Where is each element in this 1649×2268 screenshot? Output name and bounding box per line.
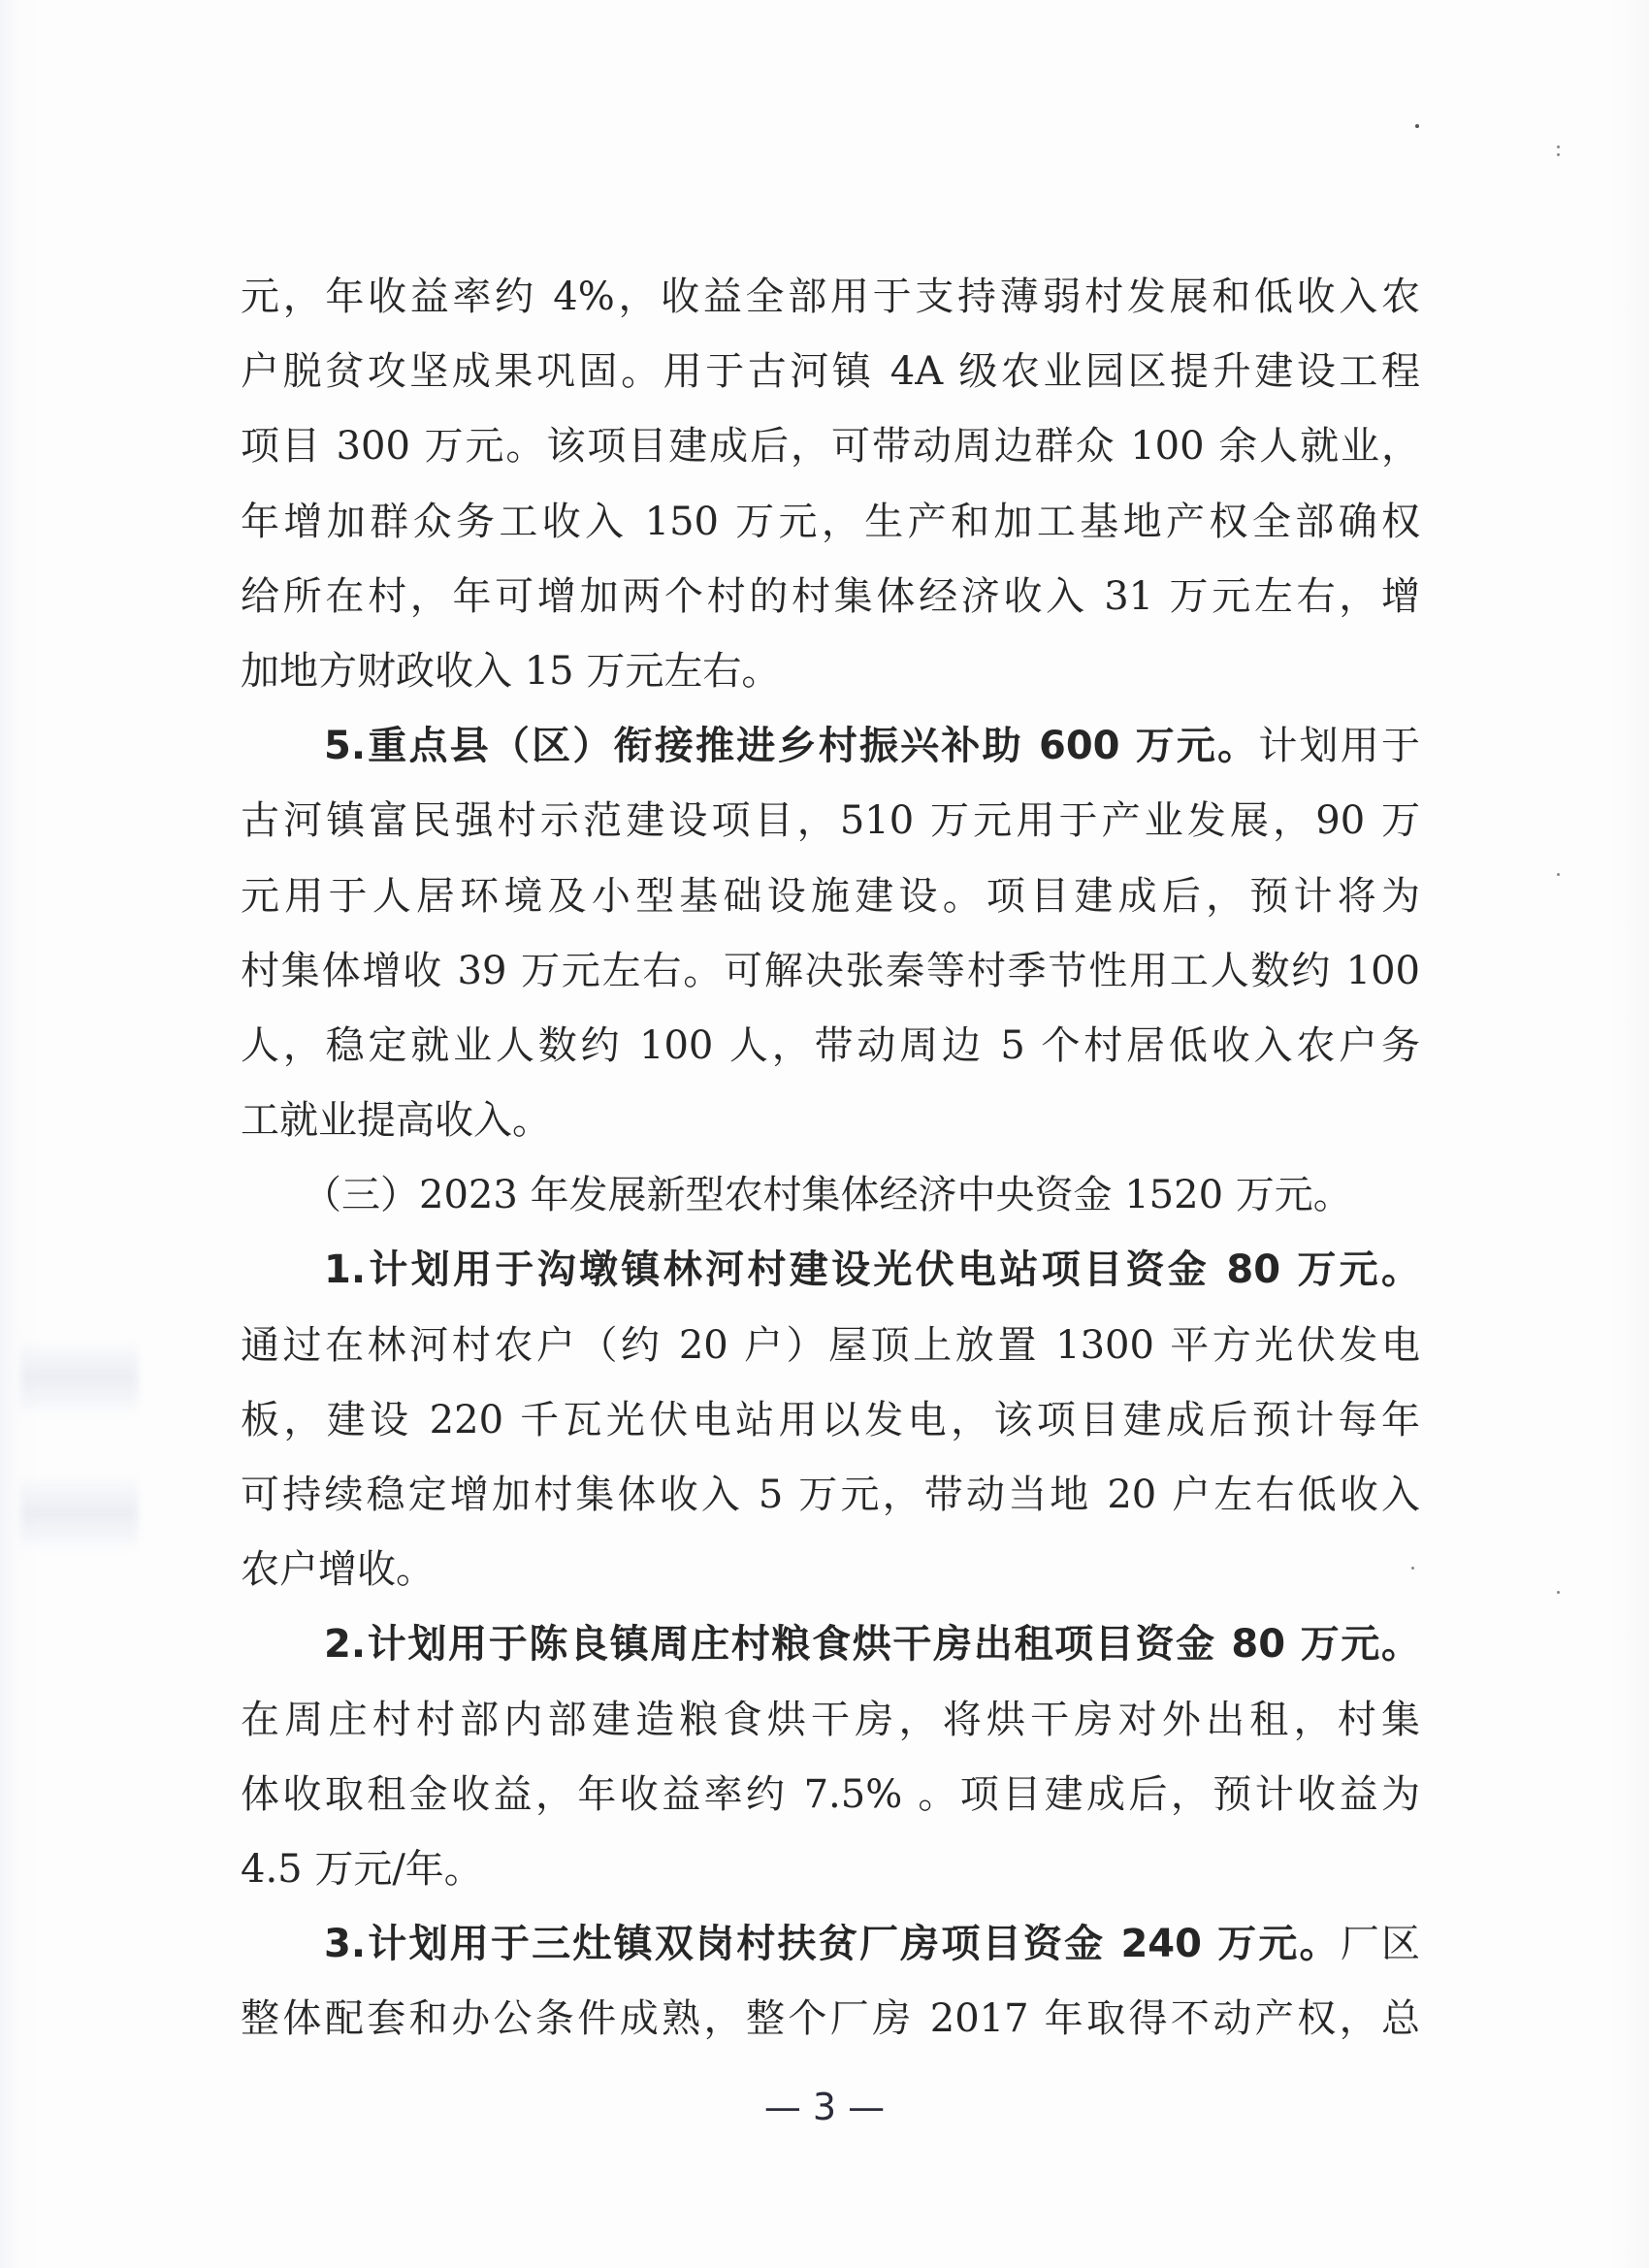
text-line: 户脱贫攻坚成果巩固。用于古河镇 4A 级农业园区提升建设工程 xyxy=(241,335,1420,409)
line-text: 厂区 xyxy=(1341,1922,1420,1966)
scan-shadow xyxy=(21,1339,138,1416)
line-text: 农户增收。 xyxy=(241,1547,435,1592)
line-text: 工就业提高收入。 xyxy=(241,1098,551,1143)
item-heading-5: 5.重点县（区）衔接推进乡村振兴补助 600 万元。计划用于 xyxy=(241,709,1420,784)
scan-speck xyxy=(1557,873,1560,876)
section-heading-text: （三）2023 年发展新型农村集体经济中央资金 1520 万元。 xyxy=(303,1173,1352,1217)
line-text: 计划用于 xyxy=(1258,724,1420,768)
line-text: 古河镇富民强村示范建设项目，510 万元用于产业发展，90 万 xyxy=(241,798,1420,843)
text-line: 元，年收益率约 4%，收益全部用于支持薄弱村发展和低收入农 xyxy=(241,260,1420,335)
line-text: 通过在林河村农户（约 20 户）屋顶上放置 1300 平方光伏发电 xyxy=(241,1323,1420,1368)
scan-speck xyxy=(1557,1591,1560,1594)
text-line: 4.5 万元/年。 xyxy=(241,1832,1420,1907)
line-text: 给所在村，年可增加两个村的村集体经济收入 31 万元左右，增 xyxy=(241,574,1420,619)
item-heading-bold: 5.重点县（区）衔接推进乡村振兴补助 600 万元。 xyxy=(324,724,1258,768)
text-line: 人，稳定就业人数约 100 人，带动周边 5 个村居低收入农户务 xyxy=(241,1009,1420,1084)
line-text: 4.5 万元/年。 xyxy=(241,1847,483,1892)
line-text: 年增加群众务工收入 150 万元，生产和加工基地产权全部确权 xyxy=(241,500,1420,544)
line-text: 村集体增收 39 万元左右。可解决张秦等村季节性用工人数约 100 xyxy=(241,949,1420,993)
line-text: 可持续稳定增加村集体收入 5 万元，带动当地 20 户左右低收入 xyxy=(241,1473,1420,1517)
item-heading-bold: 2.计划用于陈良镇周庄村粮食烘干房出租项目资金 80 万元。 xyxy=(324,1622,1420,1667)
text-line: 年增加群众务工收入 150 万元，生产和加工基地产权全部确权 xyxy=(241,485,1420,560)
text-line: 加地方财政收入 15 万元左右。 xyxy=(241,634,1420,709)
text-line: 在周庄村村部内部建造粮食烘干房，将烘干房对外出租，村集 xyxy=(241,1683,1420,1758)
page-number: — 3 — xyxy=(0,2086,1649,2128)
scanned-page: 元，年收益率约 4%，收益全部用于支持薄弱村发展和低收入农 户脱贫攻坚成果巩固。… xyxy=(0,0,1649,2268)
text-line: 体收取租金收益，年收益率约 7.5% 。项目建成后，预计收益为 xyxy=(241,1758,1420,1832)
line-text: 整体配套和办公条件成熟，整个厂房 2017 年取得不动产权，总 xyxy=(241,1996,1420,2041)
line-text: 项目 300 万元。该项目建成后，可带动周边群众 100 余人就业， xyxy=(241,424,1420,469)
line-text: 户脱贫攻坚成果巩固。用于古河镇 4A 级农业园区提升建设工程 xyxy=(241,349,1420,394)
item-heading-1: 1.计划用于沟墩镇林河村建设光伏电站项目资金 80 万元。 xyxy=(241,1233,1420,1308)
line-text: 元用于人居环境及小型基础设施建设。项目建成后，预计将为 xyxy=(241,874,1420,919)
item-heading-bold: 1.计划用于沟墩镇林河村建设光伏电站项目资金 80 万元。 xyxy=(324,1247,1420,1292)
text-line: 可持续稳定增加村集体收入 5 万元，带动当地 20 户左右低收入 xyxy=(241,1458,1420,1533)
scan-speck xyxy=(1557,153,1560,156)
scan-speck xyxy=(1557,146,1560,148)
line-text: 元，年收益率约 4%，收益全部用于支持薄弱村发展和低收入农 xyxy=(241,275,1420,319)
line-text: 板，建设 220 千瓦光伏电站用以发电，该项目建成后预计每年 xyxy=(241,1398,1420,1442)
text-line: 工就业提高收入。 xyxy=(241,1084,1420,1158)
item-heading-3: 3.计划用于三灶镇双岗村扶贫厂房项目资金 240 万元。厂区 xyxy=(241,1907,1420,1982)
scan-speck xyxy=(1415,124,1419,128)
text-line: 村集体增收 39 万元左右。可解决张秦等村季节性用工人数约 100 xyxy=(241,934,1420,1009)
line-text: 体收取租金收益，年收益率约 7.5% 。项目建成后，预计收益为 xyxy=(241,1772,1420,1817)
text-line: 给所在村，年可增加两个村的村集体经济收入 31 万元左右，增 xyxy=(241,560,1420,634)
text-line: 板，建设 220 千瓦光伏电站用以发电，该项目建成后预计每年 xyxy=(241,1383,1420,1458)
text-line: 整体配套和办公条件成熟，整个厂房 2017 年取得不动产权，总 xyxy=(241,1982,1420,2057)
text-line: 农户增收。 xyxy=(241,1533,1420,1607)
scan-shadow xyxy=(21,1474,138,1552)
item-heading-2: 2.计划用于陈良镇周庄村粮食烘干房出租项目资金 80 万元。 xyxy=(241,1607,1420,1682)
text-line: 古河镇富民强村示范建设项目，510 万元用于产业发展，90 万 xyxy=(241,784,1420,859)
text-line: 通过在林河村农户（约 20 户）屋顶上放置 1300 平方光伏发电 xyxy=(241,1309,1420,1383)
item-heading-bold: 3.计划用于三灶镇双岗村扶贫厂房项目资金 240 万元。 xyxy=(324,1922,1341,1966)
line-text: 人，稳定就业人数约 100 人，带动周边 5 个村居低收入农户务 xyxy=(241,1023,1420,1068)
line-text: 加地方财政收入 15 万元左右。 xyxy=(241,649,780,694)
line-text: 在周庄村村部内部建造粮食烘干房，将烘干房对外出租，村集 xyxy=(241,1698,1420,1742)
document-body: 元，年收益率约 4%，收益全部用于支持薄弱村发展和低收入农 户脱贫攻坚成果巩固。… xyxy=(241,260,1420,2057)
text-line: 项目 300 万元。该项目建成后，可带动周边群众 100 余人就业， xyxy=(241,409,1420,484)
text-line: 元用于人居环境及小型基础设施建设。项目建成后，预计将为 xyxy=(241,859,1420,934)
section-heading-3: （三）2023 年发展新型农村集体经济中央资金 1520 万元。 xyxy=(241,1158,1420,1233)
